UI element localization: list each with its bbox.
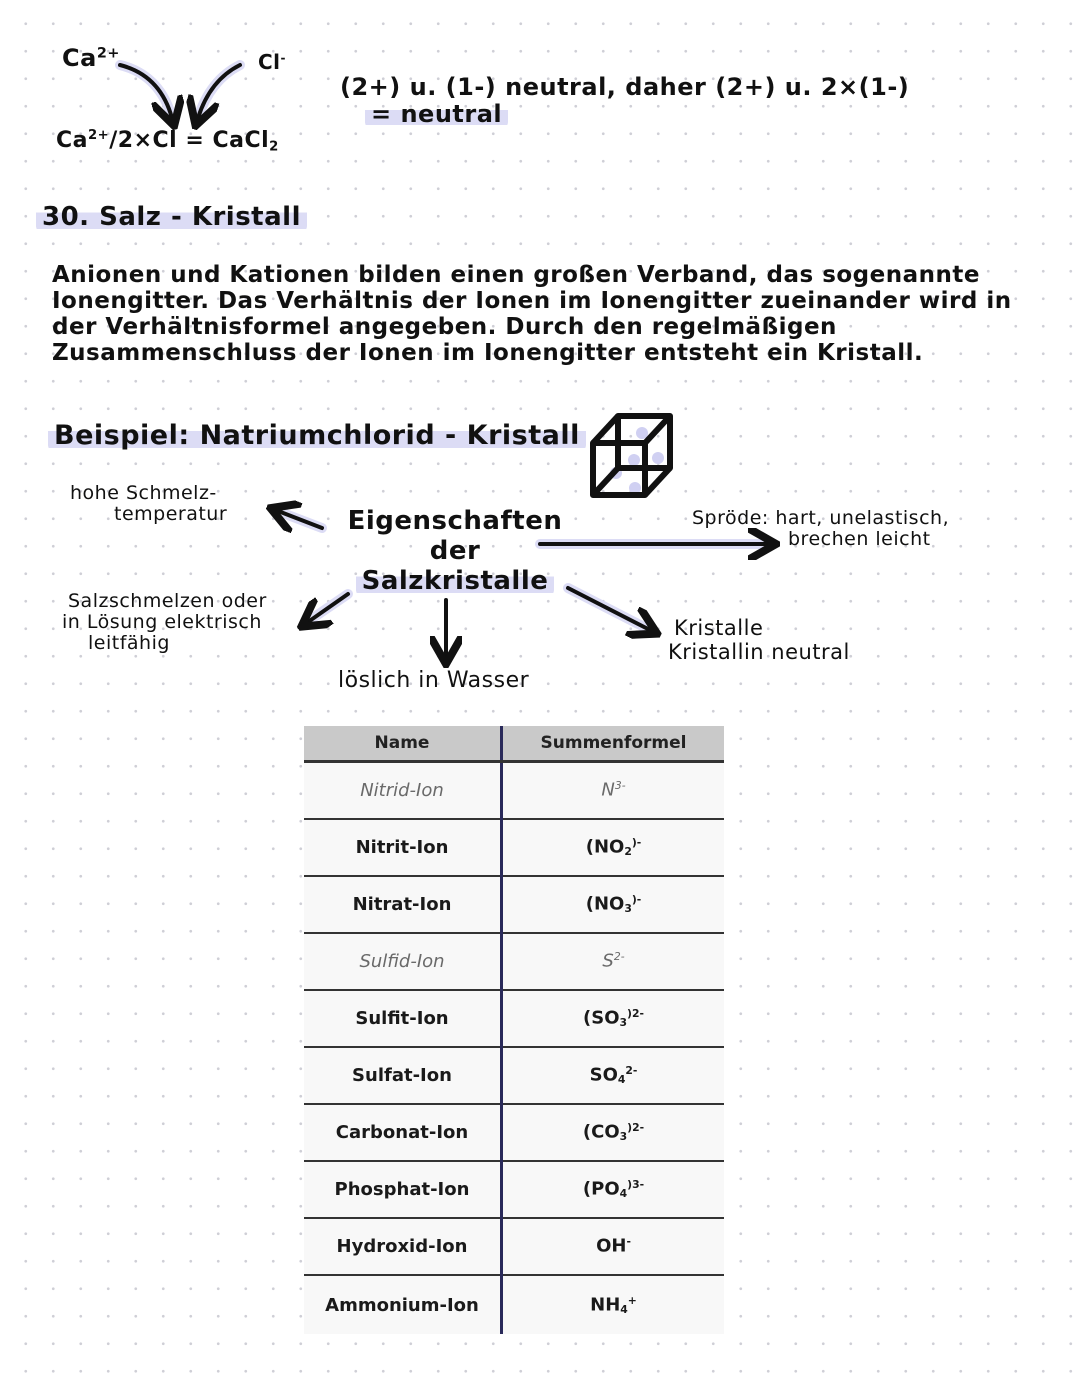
ion-name: Carbonat-Ion — [304, 1104, 502, 1161]
table-row: Nitrat-Ion(NO3)- — [304, 876, 724, 933]
table-row: Phosphat-Ion(PO4)3- — [304, 1161, 724, 1218]
node-kristall: Kristalle Kristallin neutral — [668, 616, 850, 664]
node-sproede: Spröde: hart, unelastisch, brechen leich… — [692, 508, 949, 550]
ion-name: Nitrit-Ion — [304, 819, 502, 876]
ion-formula: (CO3)2- — [502, 1104, 725, 1161]
cube-icon — [588, 408, 678, 500]
table-row: Nitrit-Ion(NO2)- — [304, 819, 724, 876]
node-leitfaehig: Salzschmelzen oder in Lösung elektrisch … — [62, 591, 267, 654]
cation-label: Ca2+ — [62, 44, 120, 72]
ion-formula: NH4+ — [502, 1275, 725, 1334]
ion-formula: (PO4)3- — [502, 1161, 725, 1218]
charge-note: (2+) u. (1-) neutral, daher (2+) u. 2×(1… — [340, 73, 909, 101]
ion-name: Phosphat-Ion — [304, 1161, 502, 1218]
ion-name: Sulfit-Ion — [304, 990, 502, 1047]
table-row: Sulfit-Ion(SO3)2- — [304, 990, 724, 1047]
ion-name: Sulfat-Ion — [304, 1047, 502, 1104]
node-schmelztemperatur: hohe Schmelz- temperatur — [70, 483, 227, 525]
ion-name: Nitrid-Ion — [304, 762, 502, 820]
section-title: 30. Salz - Kristall — [36, 202, 307, 232]
ion-formula: OH- — [502, 1218, 725, 1275]
arrow-kristall — [568, 588, 650, 630]
ion-name: Ammonium-Ion — [304, 1275, 502, 1334]
ion-formula: S2- — [502, 933, 725, 990]
header-formula: Summenformel — [502, 726, 725, 762]
ion-name: Nitrat-Ion — [304, 876, 502, 933]
ion-name: Hydroxid-Ion — [304, 1218, 502, 1275]
ion-table: Name Summenformel Nitrid-IonN3-Nitrit-Io… — [304, 726, 724, 1334]
node-loeslich: löslich in Wasser — [338, 668, 529, 693]
example-heading: Beispiel: Natriumchlorid - Kristall — [48, 420, 586, 451]
table-row: Hydroxid-IonOH- — [304, 1218, 724, 1275]
table-row: Sulfat-IonSO42- — [304, 1047, 724, 1104]
header-name: Name — [304, 726, 502, 762]
ion-formula: (NO3)- — [502, 876, 725, 933]
formula-equation: Ca2+/2×Cl = CaCl2 — [56, 128, 279, 154]
arrow-leit — [308, 594, 348, 622]
charge-note-result: = neutral — [365, 100, 508, 128]
table-row: Ammonium-IonNH4+ — [304, 1275, 724, 1334]
ion-formula: (SO3)2- — [502, 990, 725, 1047]
anion-label: Cl- — [258, 50, 286, 74]
ion-formula: SO42- — [502, 1047, 725, 1104]
table-row: Sulfid-IonS2- — [304, 933, 724, 990]
arrow-schmelz — [278, 511, 322, 528]
mindmap-center: Eigenschaften der Salzkristalle — [330, 506, 580, 596]
ion-name: Sulfid-Ion — [304, 933, 502, 990]
table-row: Carbonat-Ion(CO3)2- — [304, 1104, 724, 1161]
ion-formula: (NO2)- — [502, 819, 725, 876]
table-header-row: Name Summenformel — [304, 726, 724, 762]
table-row: Nitrid-IonN3- — [304, 762, 724, 820]
ion-formula: N3- — [502, 762, 725, 820]
section-paragraph: Anionen und Kationen bilden einen großen… — [52, 262, 1042, 366]
